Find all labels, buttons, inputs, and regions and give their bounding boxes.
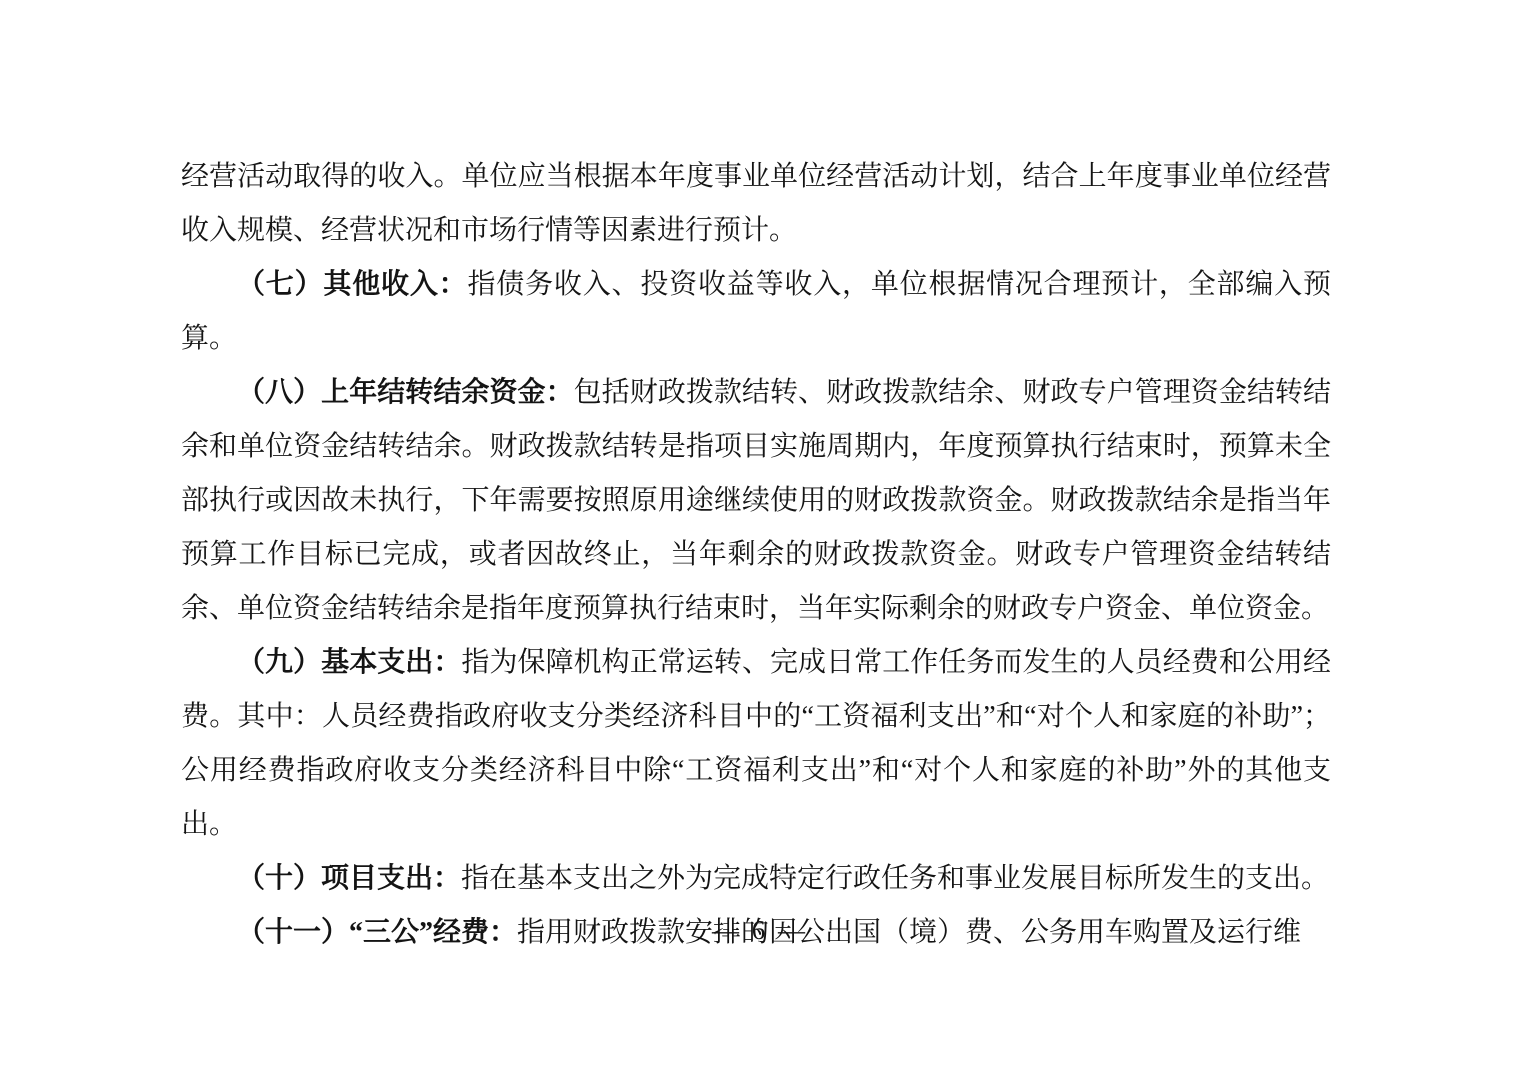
paragraph-item-10: （十）项目支出：指在基本支出之外为完成特定行政任务和事业发展目标所发生的支出。 <box>181 852 1331 906</box>
page-number: — 6 — <box>0 910 1520 950</box>
document-page: 经营活动取得的收入。单位应当根据本年度事业单位经营活动计划，结合上年度事业单位经… <box>0 0 1520 1074</box>
paragraph-text: 包括财政拨款结转、财政拨款结余、财政专户管理资金结转结余和单位资金结转结余。财政… <box>181 377 1331 624</box>
paragraph-text: 指在基本支出之外为完成特定行政任务和事业发展目标所发生的支出。 <box>461 863 1329 894</box>
paragraph-item-7: （七）其他收入：指债务收入、投资收益等收入，单位根据情况合理预计，全部编入预算。 <box>181 258 1331 366</box>
paragraph-continuation: 经营活动取得的收入。单位应当根据本年度事业单位经营活动计划，结合上年度事业单位经… <box>181 150 1331 258</box>
term-label: （九）基本支出： <box>237 647 461 678</box>
term-label: （十）项目支出： <box>237 863 461 894</box>
paragraph-item-9: （九）基本支出：指为保障机构正常运转、完成日常工作任务而发生的人员经费和公用经费… <box>181 636 1331 852</box>
paragraph-item-8: （八）上年结转结余资金：包括财政拨款结转、财政拨款结余、财政专户管理资金结转结余… <box>181 366 1331 636</box>
paragraph-text: 经营活动取得的收入。单位应当根据本年度事业单位经营活动计划，结合上年度事业单位经… <box>181 161 1331 246</box>
term-label: （八）上年结转结余资金： <box>237 377 574 408</box>
term-label: （七）其他收入： <box>237 269 467 300</box>
document-body: 经营活动取得的收入。单位应当根据本年度事业单位经营活动计划，结合上年度事业单位经… <box>181 150 1331 960</box>
